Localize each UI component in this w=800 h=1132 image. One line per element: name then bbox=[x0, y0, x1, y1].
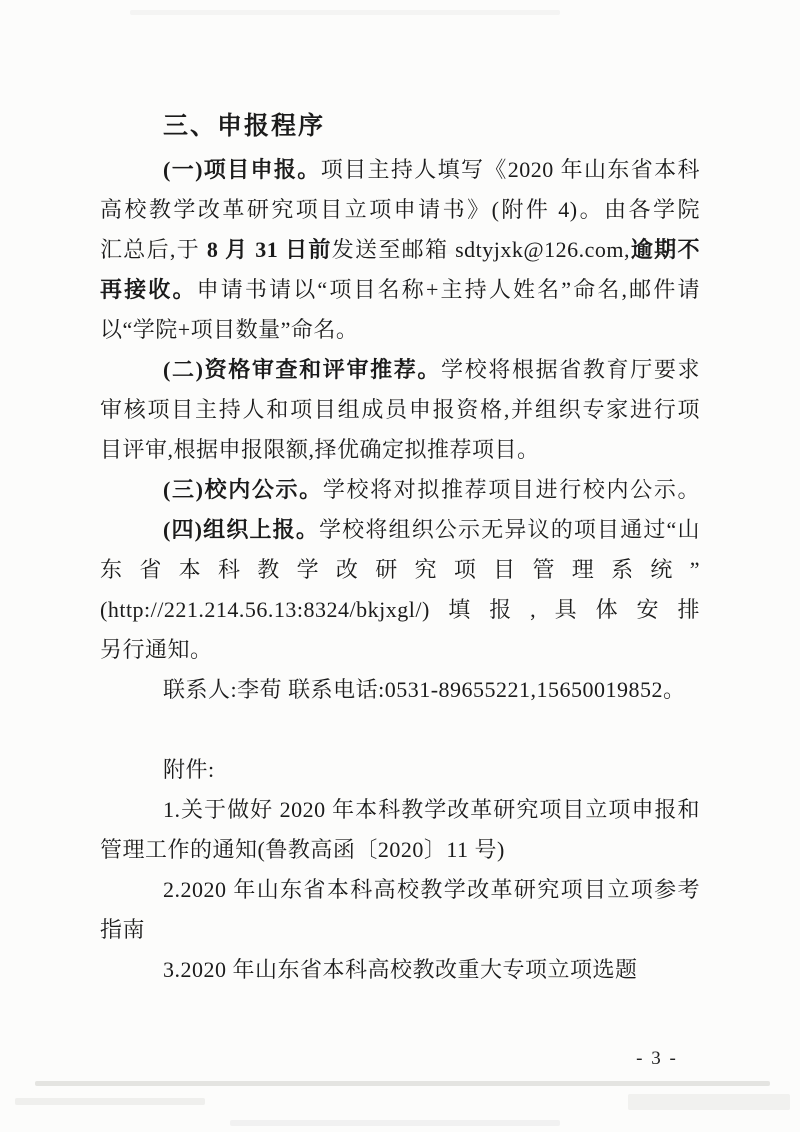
text-line: 指南 bbox=[100, 910, 700, 950]
text-line: 1.关于做好 2020 年本科教学改革研究项目立项申报和 bbox=[100, 790, 700, 830]
blank-line bbox=[100, 710, 700, 750]
text-line: 高校教学改革研究项目立项申请书》(附件 4)。由各学院 bbox=[100, 190, 700, 230]
text-line: 目评审,根据申报限额,择优确定拟推荐项目。 bbox=[100, 430, 700, 470]
text-segment: 管理工作的通知(鲁教高函〔2020〕11 号) bbox=[100, 837, 505, 862]
text-segment: (四)组织上报。 bbox=[163, 517, 319, 542]
text-line: 管理工作的通知(鲁教高函〔2020〕11 号) bbox=[100, 830, 700, 870]
text-line: 汇总后,于 8 月 31 日前发送至邮箱 sdtyjxk@126.com,逾期不 bbox=[100, 230, 700, 270]
text-segment: 发送至邮箱 sdtyjxk@126.com, bbox=[332, 237, 630, 262]
text-line: 联系人:李荀 联系电话:0531-89655221,15650019852。 bbox=[100, 670, 700, 710]
text-line: (四)组织上报。学校将组织公示无异议的项目通过“山 bbox=[100, 510, 700, 550]
document-page: 三、申报程序(一)项目申报。项目主持人填写《2020 年山东省本科高校教学改革研… bbox=[0, 0, 800, 1132]
scan-artifact bbox=[130, 10, 560, 15]
text-line: 另行通知。 bbox=[100, 630, 700, 670]
text-segment: 汇总后,于 bbox=[100, 237, 207, 262]
scan-artifact bbox=[15, 1098, 205, 1105]
text-segment: (一)项目申报。 bbox=[163, 157, 321, 182]
scan-artifact bbox=[628, 1094, 790, 1110]
text-segment: 学校将根据省教育厅要求 bbox=[441, 357, 700, 382]
text-line: 再接收。申请书请以“项目名称+主持人姓名”命名,邮件请 bbox=[100, 270, 700, 310]
text-line: 以“学院+项目数量”命名。 bbox=[100, 310, 700, 350]
text-segment: 1.关于做好 2020 年本科教学改革研究项目立项申报和 bbox=[163, 797, 700, 822]
text-line: (一)项目申报。项目主持人填写《2020 年山东省本科 bbox=[100, 150, 700, 190]
scan-artifact bbox=[35, 1081, 770, 1086]
text-segment: 再接收。 bbox=[100, 277, 197, 302]
text-segment: 项目主持人填写《2020 年山东省本科 bbox=[321, 157, 700, 182]
text-segment: 申请书请以“项目名称+主持人姓名”命名,邮件请 bbox=[197, 277, 700, 302]
text-segment: (三)校内公示。 bbox=[163, 477, 323, 502]
text-segment: 附件: bbox=[163, 757, 215, 782]
text-segment: 8 月 31 日前 bbox=[207, 237, 332, 262]
text-segment: 2.2020 年山东省本科高校教学改革研究项目立项参考 bbox=[163, 877, 700, 902]
text-line: 附件: bbox=[100, 750, 700, 790]
text-segment: 审核项目主持人和项目组成员申报资格,并组织专家进行项 bbox=[100, 397, 700, 422]
text-segment: 东省本科教学改研究项目管理系统” bbox=[100, 557, 700, 582]
text-segment: 逾期不 bbox=[630, 237, 700, 262]
text-segment: 高校教学改革研究项目立项申请书》(附件 4)。由各学院 bbox=[100, 197, 700, 222]
page-number: - 3 - bbox=[612, 1046, 702, 1072]
text-segment: (二)资格审查和评审推荐。 bbox=[163, 357, 441, 382]
text-segment: 目评审,根据申报限额,择优确定拟推荐项目。 bbox=[100, 437, 540, 462]
scan-artifact bbox=[230, 1120, 560, 1126]
text-line: (二)资格审查和评审推荐。学校将根据省教育厅要求 bbox=[100, 350, 700, 390]
section-heading: 三、申报程序 bbox=[100, 104, 700, 150]
text-segment: 三、申报程序 bbox=[163, 111, 325, 140]
text-segment: (http://221.214.56.13:8324/bkjxgl/)填报,具体… bbox=[100, 597, 700, 622]
text-line: 东省本科教学改研究项目管理系统” bbox=[100, 550, 700, 590]
text-segment: 另行通知。 bbox=[100, 637, 213, 662]
text-line: 2.2020 年山东省本科高校教学改革研究项目立项参考 bbox=[100, 870, 700, 910]
document-body: 三、申报程序(一)项目申报。项目主持人填写《2020 年山东省本科高校教学改革研… bbox=[100, 104, 700, 990]
text-segment: 学校将组织公示无异议的项目通过“山 bbox=[319, 517, 700, 542]
text-segment: 指南 bbox=[100, 917, 145, 942]
text-segment: 3.2020 年山东省本科高校教改重大专项立项选题 bbox=[163, 957, 638, 982]
text-line: (三)校内公示。学校将对拟推荐项目进行校内公示。 bbox=[100, 470, 700, 510]
text-segment: 以“学院+项目数量”命名。 bbox=[100, 317, 358, 342]
text-segment: 学校将对拟推荐项目进行校内公示。 bbox=[323, 477, 700, 502]
text-line: 3.2020 年山东省本科高校教改重大专项立项选题 bbox=[100, 950, 700, 990]
text-line: 审核项目主持人和项目组成员申报资格,并组织专家进行项 bbox=[100, 390, 700, 430]
text-line: (http://221.214.56.13:8324/bkjxgl/)填报,具体… bbox=[100, 590, 700, 630]
text-segment: 联系人:李荀 联系电话:0531-89655221,15650019852。 bbox=[163, 677, 686, 702]
